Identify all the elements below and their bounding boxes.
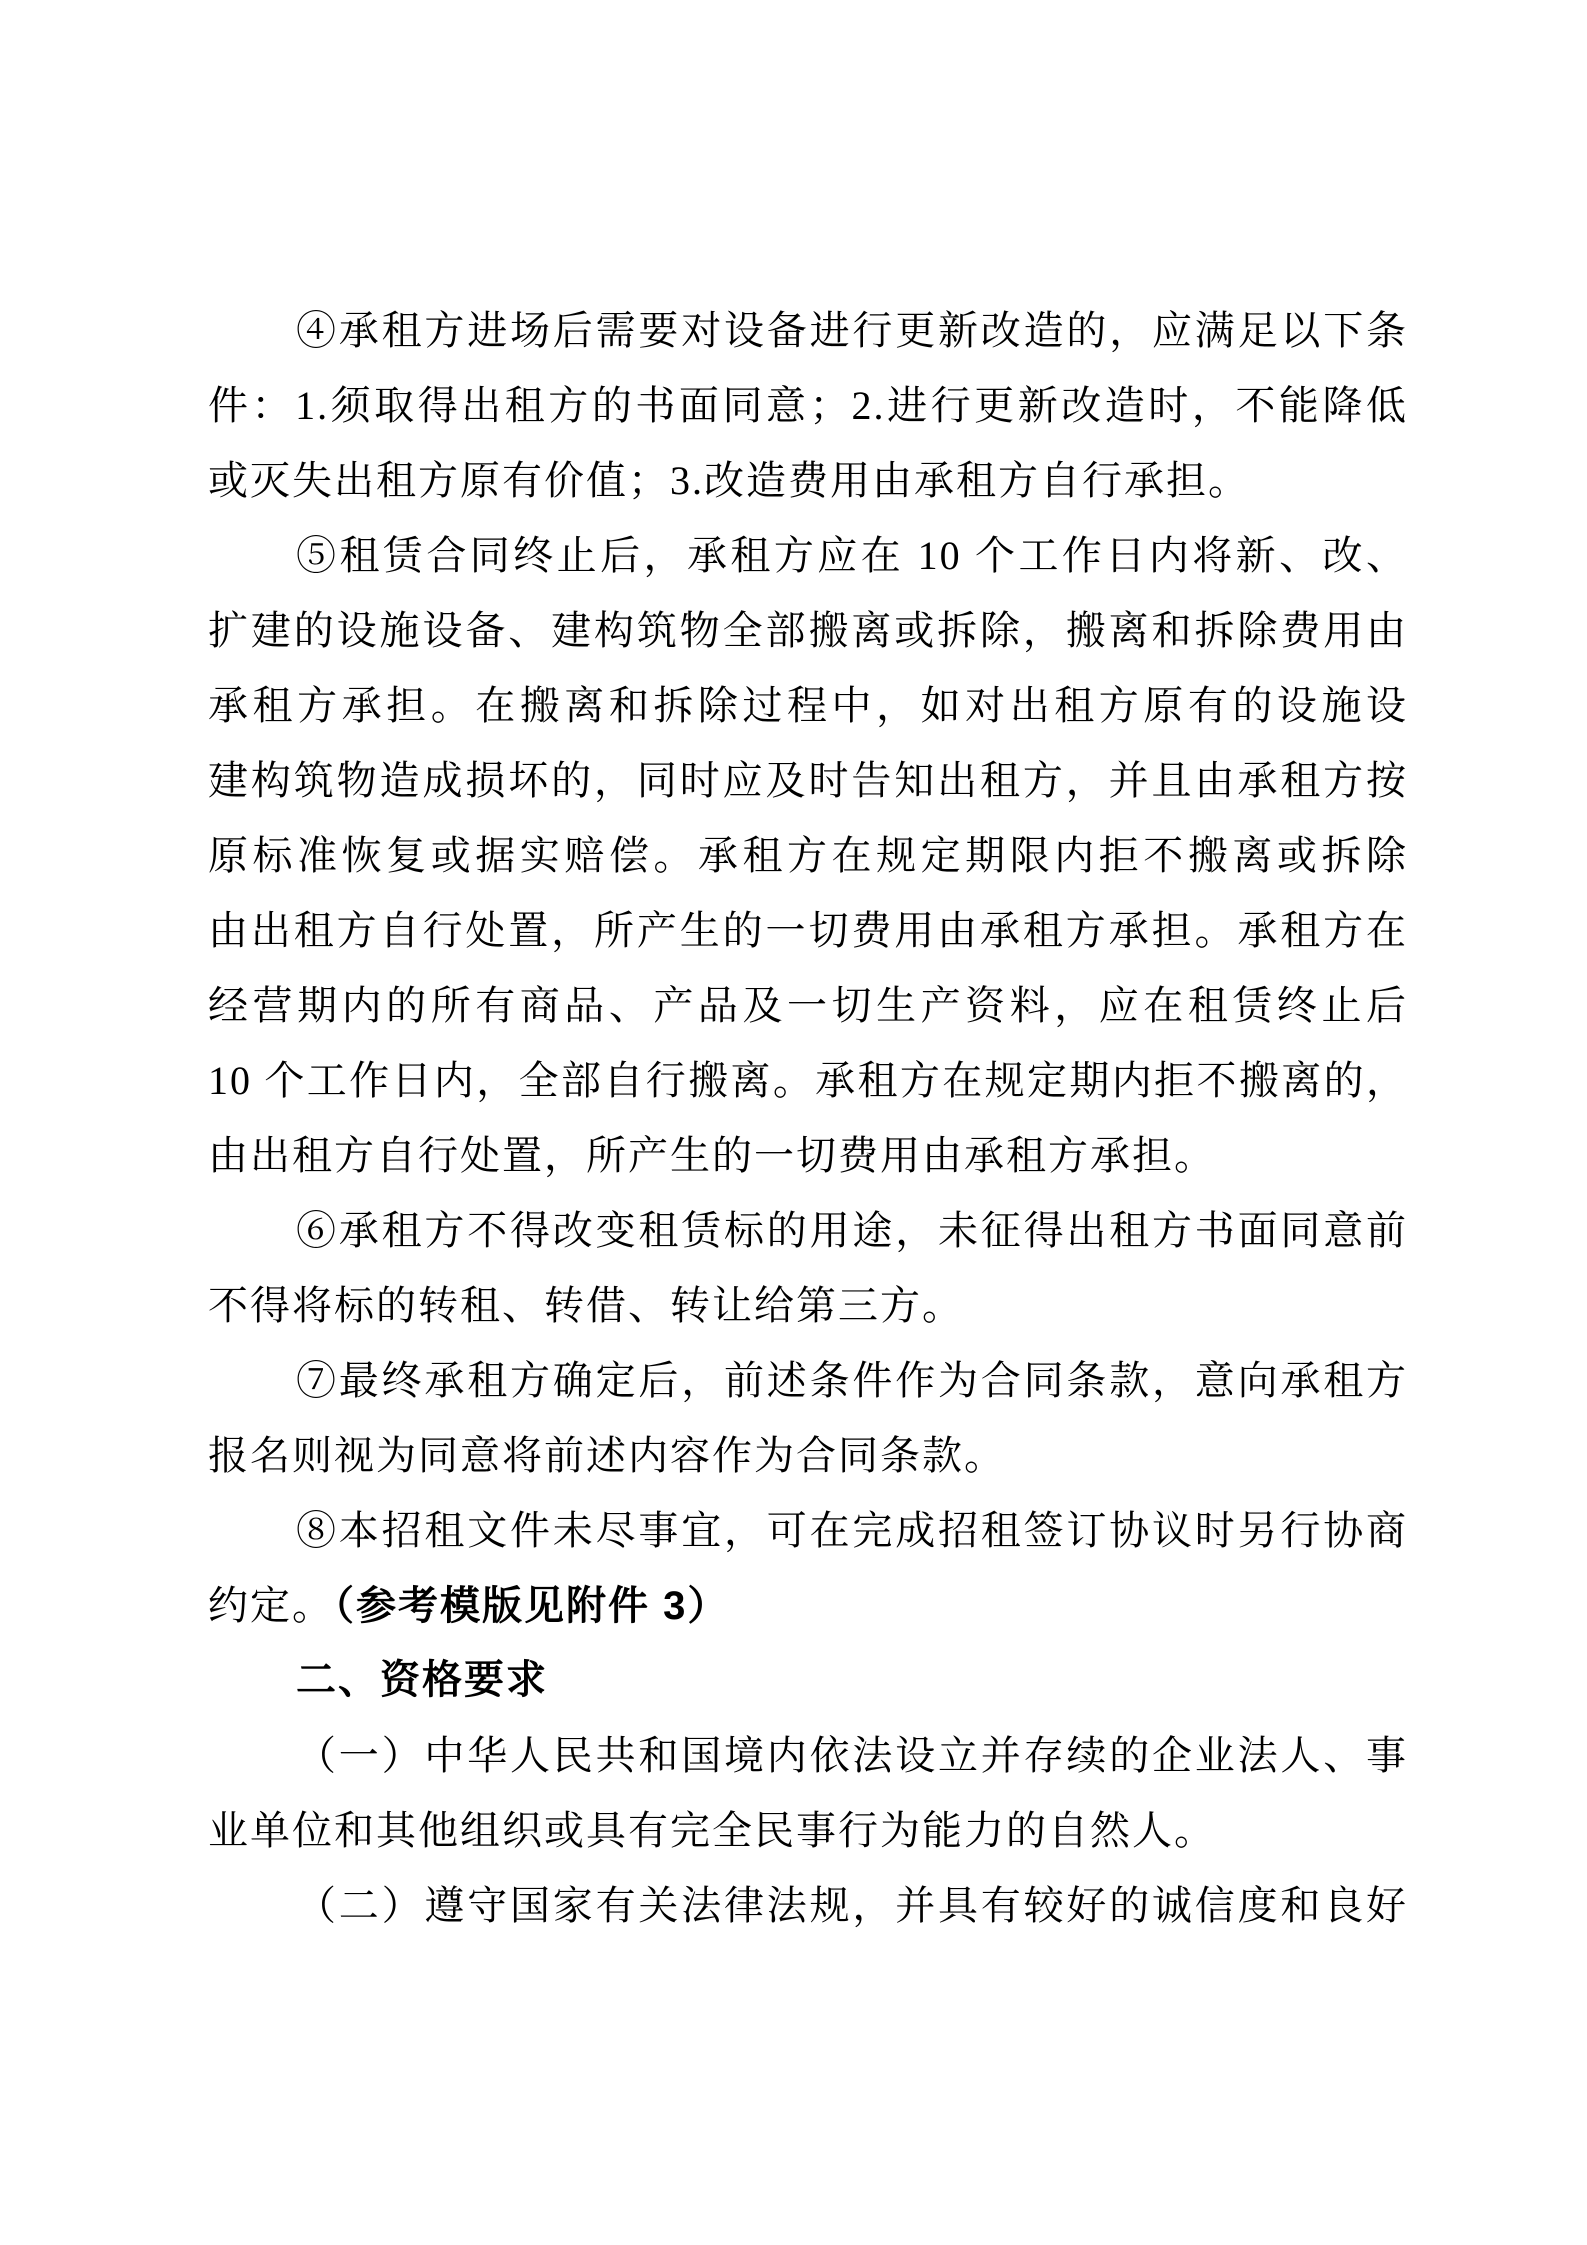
text-line: ⑧本招租文件未尽事宜，可在完成招租签订协议时另行协商 (208, 1493, 1408, 1568)
section-heading: 二、资格要求 (208, 1643, 1408, 1718)
text-line: 由出租方自行处置，所产生的一切费用由承租方承担。 (208, 1118, 1408, 1193)
text-line: 原标准恢复或据实赔偿。承租方在规定期限内拒不搬离或拆除的， (208, 818, 1408, 893)
text-run: 由出租方自行处置，所产生的一切费用由承租方承担。承租方在 (208, 908, 1408, 953)
text-line: 不得将标的转租、转借、转让给第三方。 (208, 1268, 1408, 1343)
text-run: ⑥承租方不得改变租赁标的用途，未征得出租方书面同意前 (296, 1208, 1408, 1253)
text-line: 由出租方自行处置，所产生的一切费用由承租方承担。承租方在 (208, 893, 1408, 968)
text-run: 建构筑物造成损坏的，同时应及时告知出租方，并且由承租方按 (208, 758, 1408, 803)
text-run: （二）遵守国家有关法律法规，并具有较好的诚信度和良好 (296, 1883, 1408, 1928)
text-line: ⑦最终承租方确定后，前述条件作为合同条款，意向承租方 (208, 1343, 1408, 1418)
text-run: 经营期内的所有商品、产品及一切生产资料，应在租赁终止后 (208, 983, 1408, 1028)
text-run: ⑧本招租文件未尽事宜，可在完成招租签订协议时另行协商 (296, 1508, 1408, 1553)
text-run: 约定。 (208, 1583, 334, 1628)
text-line: （一）中华人民共和国境内依法设立并存续的企业法人、事 (208, 1718, 1408, 1793)
text-line: 约定。（参考模版见附件 3） (208, 1568, 1408, 1643)
text-line: ⑥承租方不得改变租赁标的用途，未征得出租方书面同意前 (208, 1193, 1408, 1268)
text-run: 不得将标的转租、转借、转让给第三方。 (208, 1283, 964, 1328)
document-page: ④承租方进场后需要对设备进行更新改造的，应满足以下条件：1.须取得出租方的书面同… (0, 0, 1587, 2245)
text-run: 或灭失出租方原有价值；3.改造费用由承租方自行承担。 (208, 458, 1250, 503)
text-line: 扩建的设施设备、建构筑物全部搬离或拆除，搬离和拆除费用由 (208, 593, 1408, 668)
page-body: ④承租方进场后需要对设备进行更新改造的，应满足以下条件：1.须取得出租方的书面同… (208, 293, 1408, 1943)
text-line: ⑤租赁合同终止后，承租方应在 10 个工作日内将新、改、 (208, 518, 1408, 593)
bold-text-run: （参考模版见附件 3） (334, 1584, 729, 1628)
text-line: 建构筑物造成损坏的，同时应及时告知出租方，并且由承租方按 (208, 743, 1408, 818)
text-line: 经营期内的所有商品、产品及一切生产资料，应在租赁终止后 (208, 968, 1408, 1043)
text-line: 承租方承担。在搬离和拆除过程中，如对出租方原有的设施设备、 (208, 668, 1408, 743)
text-line: 件：1.须取得出租方的书面同意；2.进行更新改造时，不能降低 (208, 368, 1408, 443)
text-line: ④承租方进场后需要对设备进行更新改造的，应满足以下条 (208, 293, 1408, 368)
text-run: 由出租方自行处置，所产生的一切费用由承租方承担。 (208, 1133, 1216, 1178)
text-run: （一）中华人民共和国境内依法设立并存续的企业法人、事 (296, 1733, 1408, 1778)
text-line: 或灭失出租方原有价值；3.改造费用由承租方自行承担。 (208, 443, 1408, 518)
bold-text-run: 二、资格要求 (296, 1658, 548, 1702)
text-run: 报名则视为同意将前述内容作为合同条款。 (208, 1433, 1006, 1478)
text-line: 10 个工作日内，全部自行搬离。承租方在规定期内拒不搬离的， (208, 1043, 1408, 1118)
text-line: 业单位和其他组织或具有完全民事行为能力的自然人。 (208, 1793, 1408, 1868)
text-run: ④承租方进场后需要对设备进行更新改造的，应满足以下条 (296, 308, 1408, 353)
text-run: 业单位和其他组织或具有完全民事行为能力的自然人。 (208, 1808, 1216, 1853)
text-line: 报名则视为同意将前述内容作为合同条款。 (208, 1418, 1408, 1493)
text-run: 件：1.须取得出租方的书面同意；2.进行更新改造时，不能降低 (208, 383, 1408, 428)
text-run: 原标准恢复或据实赔偿。承租方在规定期限内拒不搬离或拆除的， (208, 833, 1408, 893)
text-run: 10 个工作日内，全部自行搬离。承租方在规定期内拒不搬离的， (208, 1058, 1408, 1103)
text-run: ⑤租赁合同终止后，承租方应在 10 个工作日内将新、改、 (296, 533, 1408, 578)
text-run: 扩建的设施设备、建构筑物全部搬离或拆除，搬离和拆除费用由 (208, 608, 1408, 653)
text-run: ⑦最终承租方确定后，前述条件作为合同条款，意向承租方 (296, 1358, 1408, 1403)
text-run: 承租方承担。在搬离和拆除过程中，如对出租方原有的设施设备、 (208, 683, 1408, 743)
text-line: （二）遵守国家有关法律法规，并具有较好的诚信度和良好 (208, 1868, 1408, 1943)
